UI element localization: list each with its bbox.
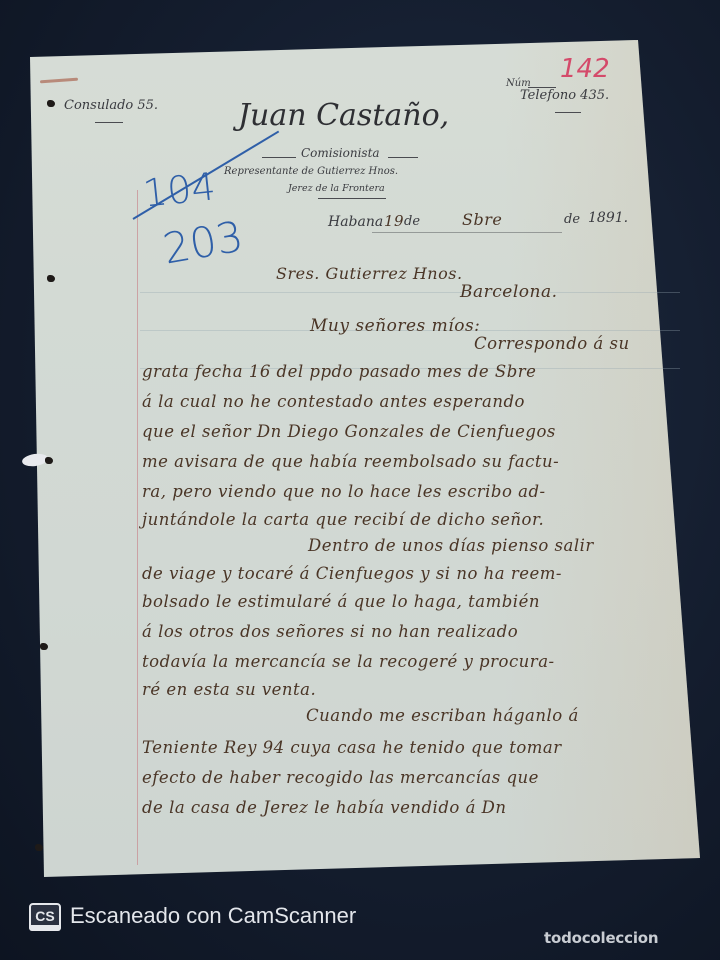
ruled-line: [140, 292, 680, 293]
body-line: Dentro de unos días pienso salir: [308, 536, 594, 555]
body-line: que el señor Dn Diego Gonzales de Cienfu…: [142, 422, 556, 441]
punch-hole: [35, 844, 43, 851]
date-rule: [372, 232, 562, 233]
divider: [318, 198, 386, 199]
letter-document: Consulado 55. Juan Castaño, Comisionista…: [0, 0, 720, 960]
body-line: de la casa de Jerez le había vendido á D…: [142, 798, 507, 817]
camscanner-caption: Escaneado con CamScanner: [70, 903, 356, 929]
document-number: 142: [560, 54, 610, 84]
letterhead-city: Jerez de la Frontera: [288, 183, 385, 194]
body-line: todavía la mercancía se la recogeré y pr…: [142, 652, 555, 671]
divider: [388, 157, 418, 158]
punch-hole: [45, 457, 53, 464]
body-line: Cuando me escriban háganlo á: [306, 706, 579, 725]
body-line: Teniente Rey 94 cuya casa he tenido que …: [142, 738, 562, 757]
salutation: Muy señores míos:: [310, 316, 480, 336]
letterhead-title: Comisionista: [301, 146, 380, 160]
body-line: ra, pero viendo que no lo hace les escri…: [142, 482, 546, 501]
date-de: de: [564, 212, 580, 227]
body-line: me avisara de que había reembolsado su f…: [142, 452, 559, 471]
date-de: de: [404, 214, 420, 229]
phone-number: Telefono 435.: [520, 88, 609, 103]
body-line: á los otros dos señores si no han realiz…: [142, 622, 518, 641]
body-line: ré en esta su venta.: [142, 680, 316, 699]
punch-hole: [47, 275, 55, 282]
body-line: efecto de haber recogido las mercancías …: [142, 768, 539, 787]
letterhead-address: Consulado 55.: [64, 98, 158, 113]
punch-hole: [47, 100, 55, 107]
red-margin-line: [137, 190, 138, 865]
camscanner-logo-icon: CS: [29, 903, 61, 931]
letterhead-name: Juan Castaño,: [238, 98, 449, 133]
recipient-name: Sres. Gutierrez Hnos.: [276, 264, 463, 283]
body-line: Correspondo á su: [474, 334, 630, 353]
body-line: grata fecha 16 del ppdo pasado mes de Sb…: [142, 362, 536, 381]
date-place: Habana: [328, 214, 383, 230]
divider: [95, 122, 123, 123]
body-line: de viage y tocaré á Cienfuegos y si no h…: [142, 564, 562, 583]
body-line: á la cual no he contestado antes esperan…: [142, 392, 525, 411]
body-line: bolsado le estimularé á que lo haga, tam…: [142, 592, 540, 611]
date-day: 19: [384, 212, 404, 230]
body-line: juntándole la carta que recibí de dicho …: [142, 510, 544, 529]
divider: [262, 157, 296, 158]
divider: [555, 112, 581, 113]
punch-hole: [40, 643, 48, 650]
recipient-city: Barcelona.: [460, 282, 558, 302]
date-month: Sbre: [462, 210, 502, 229]
date-year: 1891.: [588, 210, 628, 226]
letterhead-representative: Representante de Gutierrez Hnos.: [224, 166, 398, 177]
todocoleccion-watermark: todocoleccion: [544, 929, 658, 947]
